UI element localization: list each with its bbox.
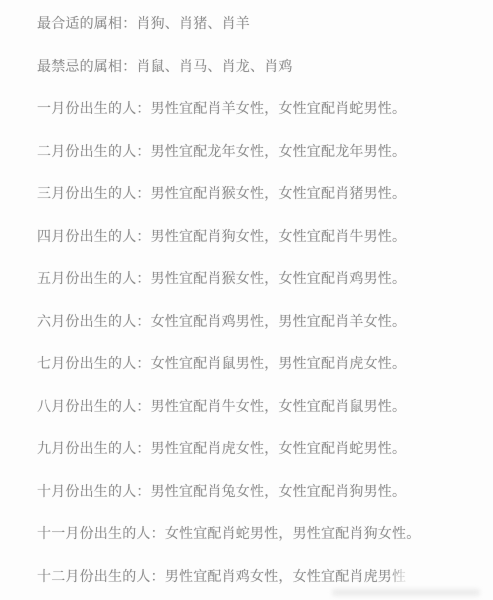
month-label: 七月份出生的人： [37,355,151,371]
taboo-match-value: 肖鼠、肖马、肖龙、肖鸡 [136,58,292,74]
month-label: 十一月份出生的人： [37,525,165,541]
month-line-march: 三月份出生的人：男性宜配肖猴女性，女性宜配肖猪男性。 [37,186,473,202]
taboo-match-line: 最禁忌的属相：肖鼠、肖马、肖龙、肖鸡 [37,59,473,75]
month-advice: 男性宜配肖牛女性，女性宜配肖鼠男性。 [151,398,407,414]
month-line-september: 九月份出生的人：男性宜配肖虎女性，女性宜配肖蛇男性。 [37,441,473,457]
month-advice: 男性宜配肖猴女性，女性宜配肖鸡男性。 [151,270,407,286]
month-line-january: 一月份出生的人：男性宜配肖羊女性，女性宜配肖蛇男性。 [37,101,473,117]
month-advice: 男性宜配肖羊女性，女性宜配肖蛇男性。 [151,100,407,116]
month-line-july: 七月份出生的人：女性宜配肖鼠男性，男性宜配肖虎女性。 [37,356,473,372]
month-label: 一月份出生的人： [37,100,151,116]
month-label: 五月份出生的人： [37,270,151,286]
month-advice: 女性宜配肖蛇男性，男性宜配肖狗女性。 [165,525,421,541]
best-match-line: 最合适的属相：肖狗、肖猪、肖羊 [37,16,473,32]
month-label: 九月份出生的人： [37,440,151,456]
best-match-value: 肖狗、肖猪、肖羊 [136,15,250,31]
month-line-november: 十一月份出生的人：女性宜配肖蛇男性，男性宜配肖狗女性。 [37,526,473,542]
month-advice: 男性宜配肖鸡女性，女性宜配肖虎男性 [165,568,406,584]
month-label: 四月份出生的人： [37,228,151,244]
month-label: 十二月份出生的人： [37,568,165,584]
month-advice: 男性宜配肖虎女性，女性宜配肖蛇男性。 [151,440,407,456]
month-line-october: 十月份出生的人：男性宜配肖兔女性，女性宜配肖狗男性。 [37,484,473,500]
month-advice: 男性宜配肖兔女性，女性宜配肖狗男性。 [151,483,407,499]
zodiac-compatibility-article: 最合适的属相：肖狗、肖猪、肖羊 最禁忌的属相：肖鼠、肖马、肖龙、肖鸡 一月份出生… [0,0,493,600]
month-advice: 男性宜配肖狗女性，女性宜配肖牛男性。 [151,228,407,244]
month-line-june: 六月份出生的人：女性宜配肖鸡男性，男性宜配肖羊女性。 [37,314,473,330]
month-label: 六月份出生的人： [37,313,151,329]
month-label: 八月份出生的人： [37,398,151,414]
month-advice: 女性宜配肖鸡男性，男性宜配肖羊女性。 [151,313,407,329]
month-advice: 女性宜配肖鼠男性，男性宜配肖虎女性。 [151,355,407,371]
month-label: 二月份出生的人： [37,143,151,159]
watermark-smudge [332,589,480,596]
month-line-february: 二月份出生的人：男性宜配龙年女性，女性宜配龙年男性。 [37,144,473,160]
month-label: 三月份出生的人： [37,185,151,201]
month-advice: 男性宜配龙年女性，女性宜配龙年男性。 [151,143,407,159]
month-line-may: 五月份出生的人：男性宜配肖猴女性，女性宜配肖鸡男性。 [37,271,473,287]
month-line-december: 十二月份出生的人：男性宜配肖鸡女性，女性宜配肖虎男性 [37,569,473,585]
best-match-label: 最合适的属相： [37,15,136,31]
month-advice: 男性宜配肖猴女性，女性宜配肖猪男性。 [151,185,407,201]
month-line-august: 八月份出生的人：男性宜配肖牛女性，女性宜配肖鼠男性。 [37,399,473,415]
month-line-april: 四月份出生的人：男性宜配肖狗女性，女性宜配肖牛男性。 [37,229,473,245]
taboo-match-label: 最禁忌的属相： [37,58,136,74]
month-label: 十月份出生的人： [37,483,151,499]
